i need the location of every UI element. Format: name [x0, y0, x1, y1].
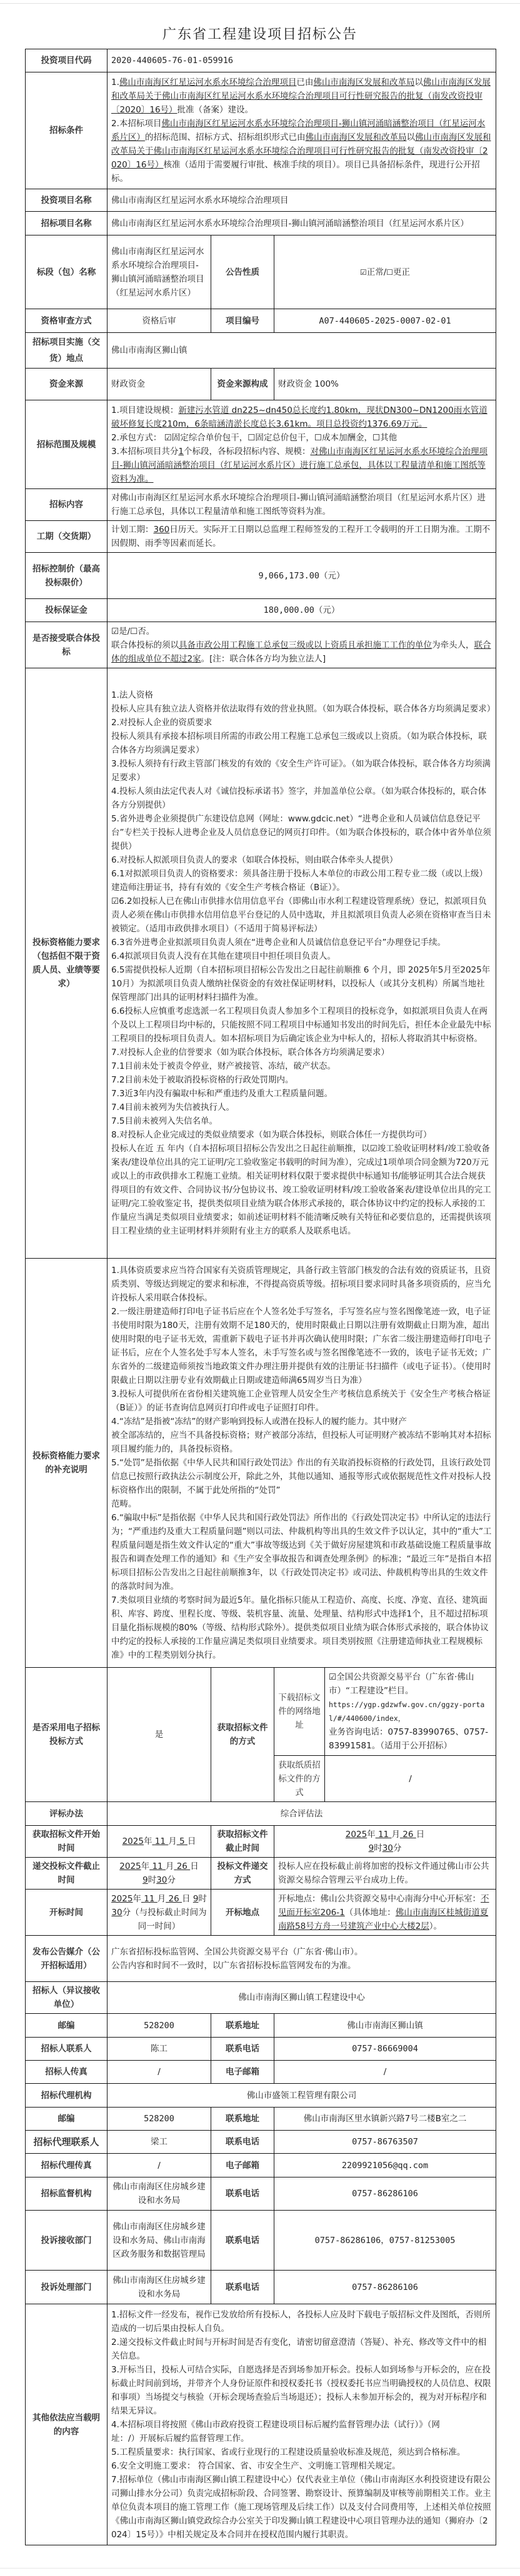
label-agency: 招标代理机构 — [26, 2084, 107, 2108]
value-content: 对佛山市南海区红星运河水系水环境综合治理项目-狮山镇河涌暗涵整治项目（红星运河水… — [107, 489, 496, 521]
label-section-name: 标段（包）名称 — [26, 235, 107, 309]
label-complaint-receive: 投诉接收部门 — [26, 2211, 107, 2271]
value-tenderer-address: 佛山市南海区狮山镇 — [274, 2014, 496, 2038]
row-scope: 招标范围及规模 1.项目建设规模：新建污水管道 dn225~dn450总长度约1… — [26, 400, 496, 489]
checkbox-unchecked-icon[interactable]: ☐ — [386, 265, 393, 279]
value-opening-place: 开标地点：佛山公共资源交易中心南海分中心开标室：不见面开标室206-1（具体地址… — [274, 1890, 496, 1936]
row-tender-name: 招标项目名称 佛山市南海区红星运河水系水环境综合治理项目-狮山镇河涌暗涵整治项目… — [26, 212, 496, 235]
label-tenderer-fax: 招标人传真 — [26, 2061, 107, 2084]
label-location: 招标项目实施（交货）地点 — [26, 333, 107, 369]
label-tenderer-email: 电子邮箱 — [211, 2061, 274, 2084]
label-complaint-handle: 投诉处理部门 — [26, 2271, 107, 2304]
value-supervisor-phone: 0757-86286106 — [274, 2177, 496, 2211]
label-scope: 招标范围及规模 — [26, 400, 107, 489]
label-submit-deadline: 递交投标文件截止时间 — [26, 1858, 107, 1890]
value-agency-phone: 0757-86763507 — [274, 2131, 496, 2154]
row-evaluation: 评标办法 综合评估法 — [26, 1802, 496, 1826]
value-agency-fax: / — [107, 2154, 211, 2177]
label-complaint-handle-phone: 联系电话 — [211, 2271, 274, 2304]
value-tenderer-email: / — [274, 2061, 496, 2084]
value-supplement: 1.具体资质要求应当符合国家有关资质管理规定，具备行政主管部门核发的合法有效的资… — [107, 1259, 496, 1668]
row-tenderer-post: 邮编 528200 联系地址 佛山市南海区狮山镇 — [26, 2014, 496, 2038]
label-agency-fax: 招标代理传真 — [26, 2154, 107, 2177]
value-investment-code: 2020-440605-76-01-059916 — [107, 49, 496, 72]
tender-notice-table: 投资项目代码 2020-440605-76-01-059916 招标条件 1.佛… — [25, 49, 496, 2545]
row-content: 招标内容 对佛山市南海区红星运河水系水环境综合治理项目-狮山镇河涌暗涵整治项目（… — [26, 489, 496, 521]
label-tenderer-postcode: 邮编 — [26, 2014, 107, 2038]
label-evaluation: 评标办法 — [26, 1802, 107, 1826]
value-agency: 佛山市盛领工程管理有限公司 — [107, 2084, 496, 2108]
value-tenderer-fax: / — [107, 2061, 211, 2084]
value-requirements: 1.法人资格 投标人应具有独立法人资格并依法取得有效的营业执照。（如为联合体投标… — [107, 668, 496, 1259]
bottom-divider — [0, 2568, 520, 2569]
label-funding: 资金来源 — [26, 369, 107, 400]
label-others: 其他依法应当载明的内容 — [26, 2304, 107, 2545]
value-section-name: 佛山市南海区红星运河水系水环境综合治理项目-狮山镇河涌暗涵整治项目（红星运河水系… — [107, 235, 211, 309]
label-investment-name: 投资项目名称 — [26, 189, 107, 212]
row-agency-contact: 招标代理联系人 梁工 联系电话 0757-86763507 — [26, 2131, 496, 2154]
label-supervisor: 招标监督机构 — [26, 2177, 107, 2211]
row-complaint-handle: 投诉处理部门 佛山市南海区住房城乡建设和水务局 联系电话 0757-862861… — [26, 2271, 496, 2304]
value-obtain-end: 2025年 11 月 26 日9时30分 — [274, 1826, 496, 1858]
label-media: 发布公告媒介（公开招标适用） — [26, 1936, 107, 1982]
label-agency-email: 电子邮箱 — [211, 2154, 274, 2177]
top-divider — [0, 3, 520, 4]
row-others: 其他依法应当载明的内容 1.招标文件一经发布，视作已发放给所有投标人，各投标人应… — [26, 2304, 496, 2545]
value-electronic: 是 — [107, 1668, 211, 1802]
option-other[interactable]: ☐其他 — [372, 433, 397, 443]
label-funding-structure: 资金来源构成 — [211, 369, 274, 400]
value-paper-method: / — [325, 1756, 496, 1802]
value-project-code: A07-440605-2025-0007-02-01 — [274, 309, 496, 333]
label-supplement: 投标资格能力要求的补充说明 — [26, 1259, 107, 1668]
option-fixed-total-price[interactable]: ☐固定总价包干， — [247, 433, 314, 443]
value-complaint-receive-phone: 0757-86286106，0757-81253005 — [274, 2211, 496, 2271]
label-tenderer-address: 联系地址 — [211, 2014, 274, 2038]
row-investment-code: 投资项目代码 2020-440605-76-01-059916 — [26, 49, 496, 72]
option-cost-plus[interactable]: ☐成本加酬金， — [314, 433, 372, 443]
row-agency-post: 邮编 528200 联系地址 佛山市南海区里水镇新兴路7号二楼B室之二 — [26, 2108, 496, 2131]
value-period: 计划工期：360日历天。实际开工日期以总监理工程师签发的工程开工令载明的开工日期… — [107, 521, 496, 553]
label-electronic: 是否采用电子招标投标方式 — [26, 1668, 107, 1802]
value-media: 广东省招标投标监管网、全国公共资源交易平台（广东省·佛山市）。 公告内容和时间不… — [107, 1936, 496, 1982]
value-funding: 财政资金 — [107, 369, 211, 400]
label-obtain-end: 获取招标文件截止时间 — [211, 1826, 274, 1858]
row-complaint-receive: 投诉接收部门 佛山市南海区住房城乡建设和水务局、佛山市南海区政务服务和数据管理局… — [26, 2211, 496, 2271]
value-agency-address: 佛山市南海区里水镇新兴路7号二楼B室之二 — [274, 2108, 496, 2131]
value-funding-structure: 财政资金 100% — [274, 369, 496, 400]
value-qualification: 资格后审 — [107, 309, 211, 333]
label-agency-address: 联系地址 — [211, 2108, 274, 2131]
value-notice-nature: ☑正常/☐更正 — [274, 235, 496, 309]
label-project-code: 项目编号 — [211, 309, 274, 333]
value-consortium: ☑是/☐否。 联合体投标的须以具备市政公用工程施工总承包三级或以上资质且承担施工… — [107, 622, 496, 668]
label-paper-method: 获取纸质招标文件的方式 — [274, 1756, 325, 1802]
value-agency-postcode: 528200 — [107, 2108, 211, 2131]
value-tenderer-contact: 陈工 — [107, 2038, 211, 2061]
row-supervisor: 招标监督机构 佛山市南海区住房城乡建设和水务局 联系电话 0757-862861… — [26, 2177, 496, 2211]
row-section-name: 标段（包）名称 佛山市南海区红星运河水系水环境综合治理项目-狮山镇河涌暗涵整治项… — [26, 235, 496, 309]
consortium-choice: ☑是/☐否。 — [111, 625, 492, 638]
label-complaint-receive-phone: 联系电话 — [211, 2211, 274, 2271]
label-agency-phone: 联系电话 — [211, 2131, 274, 2154]
value-obtain-start: 2025年 11 月 5 日 — [107, 1826, 211, 1858]
label-tenderer-phone: 联系电话 — [211, 2038, 274, 2061]
value-tender-conditions: 1.佛山市南海区红星运河水系水环境综合治理项目已由佛山市南海区发展和改革局以佛山… — [107, 72, 496, 189]
label-notice-nature: 公告性质 — [211, 235, 274, 309]
label-supervisor-phone: 联系电话 — [211, 2177, 274, 2211]
label-opening-place: 开标地点 — [211, 1890, 274, 1936]
value-location: 佛山市南海区狮山镇 — [107, 333, 496, 369]
value-submit-method: 投标人应在投标截止前将加密的投标文件通过佛山市公共资源交易综合管理云平台成功上传… — [274, 1858, 496, 1890]
value-complaint-handle-phone: 0757-86286106 — [274, 2271, 496, 2304]
page-title: 广东省工程建设项目招标公告 — [0, 24, 520, 43]
label-obtain-method: 获取招标文件的方式 — [211, 1668, 274, 1802]
label-agency-contact: 招标代理联系人 — [26, 2131, 107, 2154]
value-control-price: 9,066,173.00（元） — [107, 553, 496, 599]
row-electronic: 是否采用电子招标投标方式 是 获取招标文件的方式 下载招标文件的网络地址 ☑全国… — [26, 1668, 496, 1756]
label-bid-bond: 投标保证金 — [26, 599, 107, 622]
label-content: 招标内容 — [26, 489, 107, 521]
label-period: 工期（交货期） — [26, 521, 107, 553]
row-obtain-time: 获取招标文件开始时间 2025年 11 月 5 日 获取招标文件截止时间 202… — [26, 1826, 496, 1858]
option-fixed-unit-price[interactable]: ☑固定综合单价包干， — [164, 433, 248, 443]
label-tender-name: 招标项目名称 — [26, 212, 107, 235]
row-supplement: 投标资格能力要求的补充说明 1.具体资质要求应当符合国家有关资质管理规定，具备行… — [26, 1259, 496, 1668]
label-obtain-start: 获取招标文件开始时间 — [26, 1826, 107, 1858]
value-agency-email[interactable]: 2209921056@qq.com — [274, 2154, 496, 2177]
label-tenderer-contact: 招标人联系人 — [26, 2038, 107, 2061]
row-location: 招标项目实施（交货）地点 佛山市南海区狮山镇 — [26, 333, 496, 369]
row-bid-bond: 投标保证金 180,000.00（元） — [26, 599, 496, 622]
row-submit: 递交投标文件截止时间 2025年 11 月 26 日9时30分 投标文件递交方式… — [26, 1858, 496, 1890]
value-tender-name: 佛山市南海区红星运河水系水环境综合治理项目-狮山镇河涌暗涵整治项目（红星运河水系… — [107, 212, 496, 235]
row-agency: 招标代理机构 佛山市盛领工程管理有限公司 — [26, 2084, 496, 2108]
value-bid-bond: 180,000.00（元） — [107, 599, 496, 622]
row-tenderer: 招标人（异议接收单位） 佛山市南海区狮山镇工程建设中心 — [26, 1982, 496, 2014]
value-opening-time: 2025年 11 月 26 日 9时30分（与投标截止时间为同一时间） — [107, 1890, 211, 1936]
label-tender-conditions: 招标条件 — [26, 72, 107, 189]
row-tenderer-contact: 招标人联系人 陈工 联系电话 0757-86669004 — [26, 2038, 496, 2061]
download-link[interactable]: https://ygp.gdzwfw.gov.cn/ggzy-portal/#/… — [329, 1698, 492, 1725]
label-submit-method: 投标文件递交方式 — [211, 1858, 274, 1890]
value-others: 1.招标文件一经发布，视作已发放给所有投标人，各投标人应及时下载电子版招标文件及… — [107, 2304, 496, 2545]
value-submit-deadline: 2025年 11 月 26 日9时30分 — [107, 1858, 211, 1890]
value-agency-contact: 梁工 — [107, 2131, 211, 2154]
value-download-url: ☑全国公共资源交易平台（广东省·佛山市）“工程建设”栏目。 https://yg… — [325, 1668, 496, 1756]
label-control-price: 招标控制价（最高投标限价） — [26, 553, 107, 599]
row-period: 工期（交货期） 计划工期：360日历天。实际开工日期以总监理工程师签发的工程开工… — [26, 521, 496, 553]
value-investment-name: 佛山市南海区红星运河水系水环境综合治理项目 — [107, 189, 496, 212]
row-consortium: 是否接受联合体投标 ☑是/☐否。 联合体投标的须以具备市政公用工程施工总承包三级… — [26, 622, 496, 668]
row-opening: 开标时间 2025年 11 月 26 日 9时30分（与投标截止时间为同一时间）… — [26, 1890, 496, 1936]
value-tenderer-postcode: 528200 — [107, 2014, 211, 2038]
value-tenderer-phone: 0757-86669004 — [274, 2038, 496, 2061]
label-investment-code: 投资项目代码 — [26, 49, 107, 72]
row-agency-fax: 招标代理传真 / 电子邮箱 2209921056@qq.com — [26, 2154, 496, 2177]
value-tenderer: 佛山市南海区狮山镇工程建设中心 — [107, 1982, 496, 2014]
label-opening-time: 开标时间 — [26, 1890, 107, 1936]
row-control-price: 招标控制价（最高投标限价） 9,066,173.00（元） — [26, 553, 496, 599]
row-requirements: 投标资格能力要求（包括但不限于资质人员、业绩等要求） 1.法人资格 投标人应具有… — [26, 668, 496, 1259]
row-qualification: 资格审查方式 资格后审 项目编号 A07-440605-2025-0007-02… — [26, 309, 496, 333]
value-complaint-handle: 佛山市南海区住房城乡建设和水务局 — [107, 2271, 211, 2304]
label-qualification: 资格审查方式 — [26, 309, 107, 333]
value-supervisor: 佛山市南海区住房城乡建设和水务局 — [107, 2177, 211, 2211]
label-consortium: 是否接受联合体投标 — [26, 622, 107, 668]
label-tenderer: 招标人（异议接收单位） — [26, 1982, 107, 2014]
row-tenderer-fax: 招标人传真 / 电子邮箱 / — [26, 2061, 496, 2084]
row-investment-name: 投资项目名称 佛山市南海区红星运河水系水环境综合治理项目 — [26, 189, 496, 212]
label-agency-postcode: 邮编 — [26, 2108, 107, 2131]
row-tender-conditions: 招标条件 1.佛山市南海区红星运河水系水环境综合治理项目已由佛山市南海区发展和改… — [26, 72, 496, 189]
row-media: 发布公告媒介（公开招标适用） 广东省招标投标监管网、全国公共资源交易平台（广东省… — [26, 1936, 496, 1982]
label-download-url: 下载招标文件的网络地址 — [274, 1668, 325, 1756]
value-evaluation: 综合评估法 — [107, 1802, 496, 1826]
checkbox-checked-icon[interactable]: ☑ — [360, 265, 367, 279]
row-funding: 资金来源 财政资金 资金来源构成 财政资金 100% — [26, 369, 496, 400]
value-scope: 1.项目建设规模：新建污水管道 dn225~dn450总长度约1.80km，现状… — [107, 400, 496, 489]
value-complaint-receive: 佛山市南海区住房城乡建设和水务局、佛山市南海区政务服务和数据管理局 — [107, 2211, 211, 2271]
label-requirements: 投标资格能力要求（包括但不限于资质人员、业绩等要求） — [26, 668, 107, 1259]
